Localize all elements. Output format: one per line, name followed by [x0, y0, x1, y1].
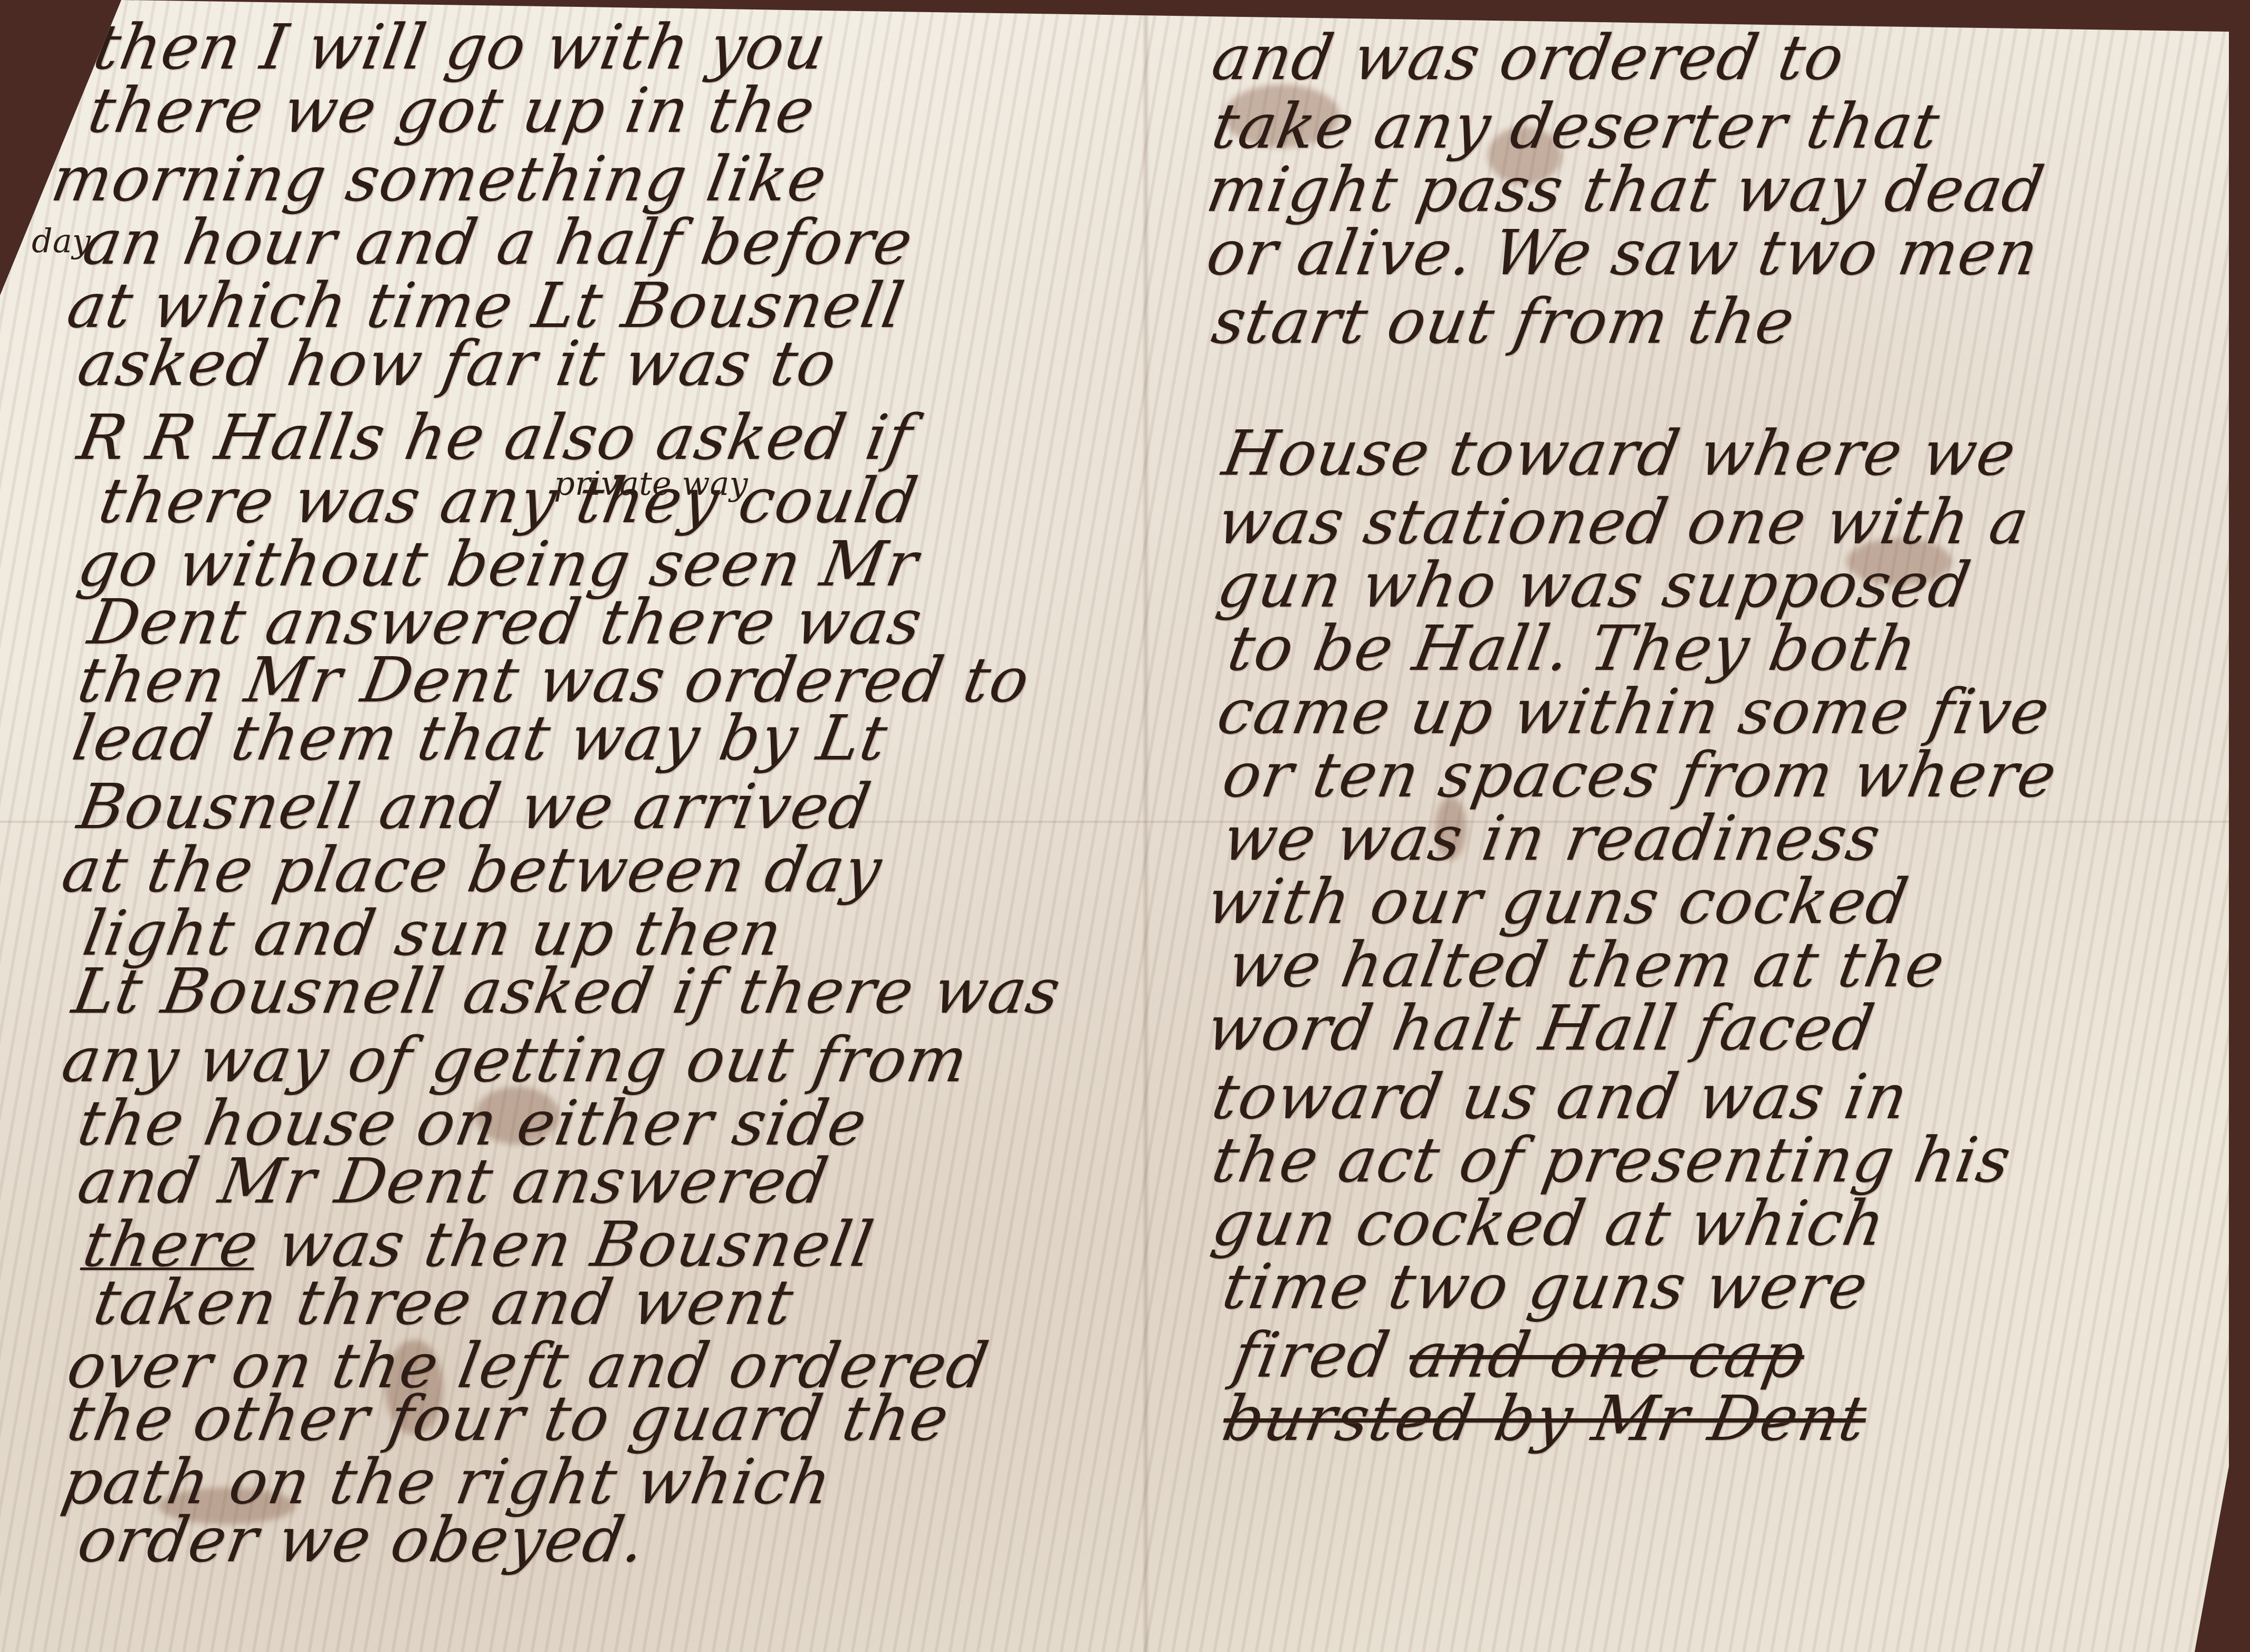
left-line-3: morning something like	[46, 142, 833, 215]
right-line-14: we halted them at the	[1223, 928, 1951, 1001]
left-line-4: an hour and a half before	[78, 206, 919, 278]
left-line-21: taken three and went	[89, 1266, 800, 1339]
left-page: then I will go with you there we got up …	[0, 0, 1142, 1652]
right-line-16: toward us and was in	[1207, 1060, 1914, 1133]
right-line-20-text: fired	[1228, 1319, 1396, 1391]
right-line-18: gun cocked at which	[1207, 1187, 1891, 1260]
left-line-25: order we obeyed.	[73, 1503, 652, 1576]
document-scan: then I will go with you there we got up …	[0, 0, 2250, 1652]
right-page: and was ordered to take any deserter tha…	[1150, 0, 2229, 1652]
right-line-17: the act of presenting his	[1207, 1123, 2017, 1196]
left-line-8: there was any they could	[94, 464, 924, 537]
left-line-1: then I will go with you	[89, 11, 832, 83]
right-line-9: to be Hall. They both	[1223, 612, 1923, 685]
right-line-20: fired and one cap	[1228, 1319, 1811, 1391]
right-line-13: with our guns cocked	[1202, 865, 1914, 938]
struck-text-2: bursted by Mr Dent	[1218, 1382, 1872, 1455]
left-line-12: lead them that way by Lt	[68, 702, 894, 774]
right-line-1: and was ordered to	[1207, 21, 1851, 94]
left-line-16: Lt Bousnell asked if there was	[68, 955, 1067, 1027]
left-line-6: asked how far it was to	[73, 327, 843, 400]
left-line-13: Bousnell and we arrived	[73, 770, 877, 843]
center-fold	[1142, 0, 1150, 1652]
left-line-17: any way of getting out from	[57, 1023, 974, 1096]
right-line-7: was stationed one with a	[1212, 485, 2035, 558]
right-line-2: take any deserter that	[1207, 90, 1946, 162]
right-line-8: gun who was supposed	[1212, 549, 1977, 621]
right-line-6: House toward where we	[1218, 417, 2022, 489]
right-line-10: came up within some five	[1212, 675, 2056, 748]
right-line-3: might pass that way dead	[1202, 153, 2050, 226]
struck-text-1: and one cap	[1404, 1319, 1811, 1391]
paper-sheet: then I will go with you there we got up …	[0, 0, 2229, 1652]
right-line-5: start out from the	[1207, 285, 1801, 358]
right-line-4: or alive. We saw two men	[1202, 216, 2045, 289]
right-line-15: word halt Hall faced	[1202, 992, 1881, 1064]
right-line-11: or ten spaces from where	[1218, 738, 2063, 811]
left-line-14: at the place between day	[57, 833, 888, 906]
right-line-19: time two guns were	[1218, 1250, 1874, 1323]
left-line-7: R R Halls he also asked if	[73, 401, 918, 474]
left-line-19: and Mr Dent answered	[73, 1145, 834, 1217]
right-line-21: bursted by Mr Dent	[1218, 1382, 1872, 1455]
right-line-12: we was in readiness	[1218, 802, 1887, 875]
left-line-2: there we got up in the	[83, 74, 821, 147]
left-line-23: the other four to guard the	[62, 1382, 955, 1455]
